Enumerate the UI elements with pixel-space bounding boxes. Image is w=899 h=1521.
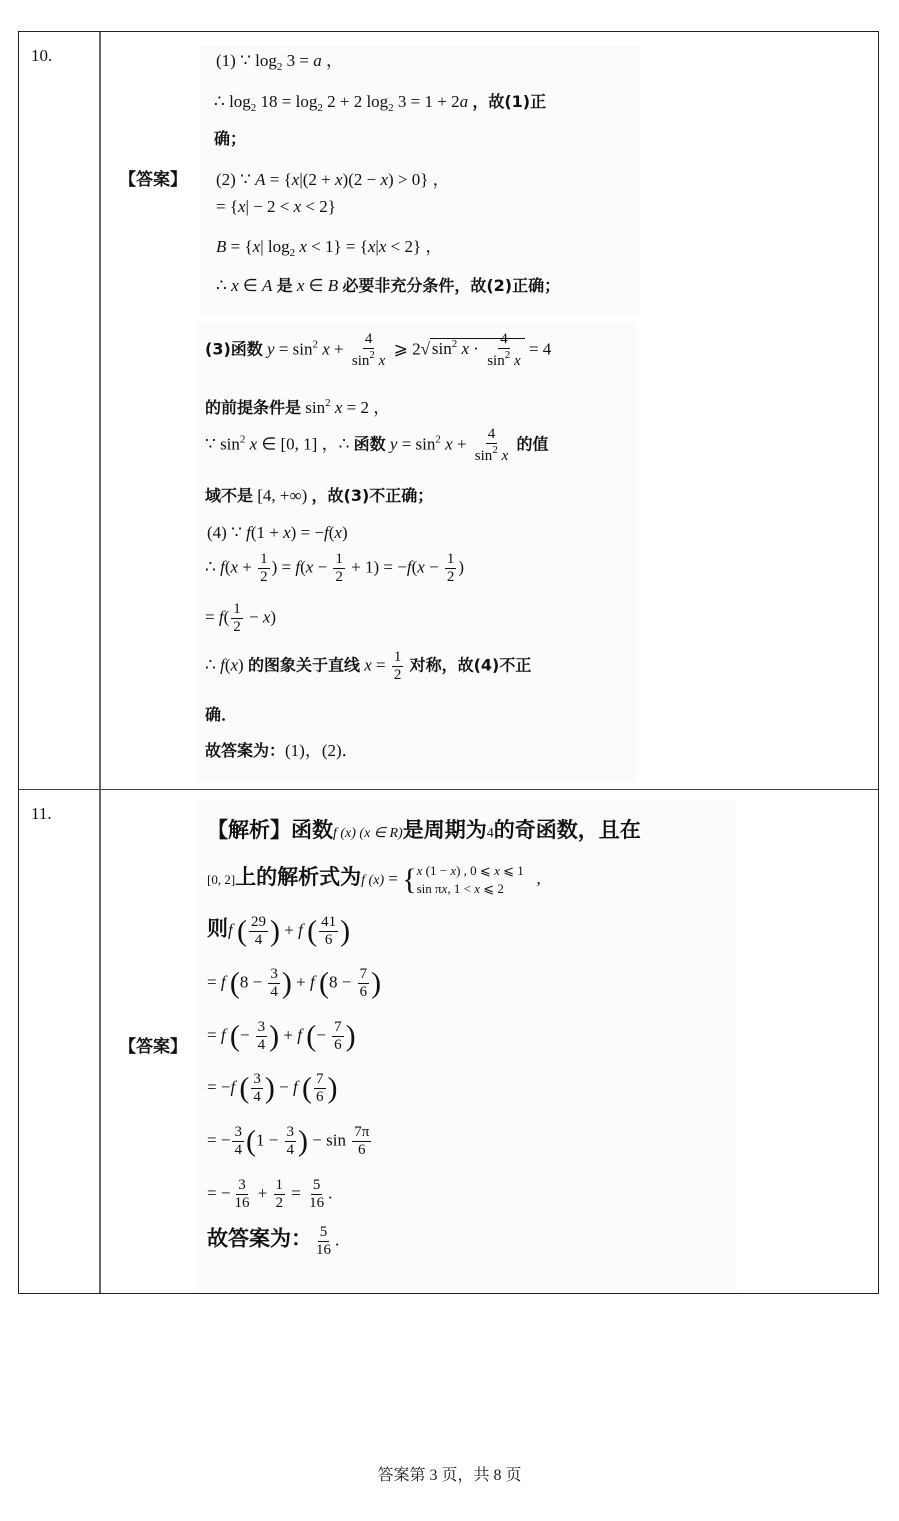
answer-table: 10. 【答案】 (1) ∵ log2 3 = a ， ∴ log2 18 = …	[18, 31, 879, 1294]
line-15: ∴ f(x) 的图象关于直线 x = 12 对称，故(4)不正	[205, 650, 531, 683]
line-9: 的前提条件是 sin2 x = 2 ，	[205, 398, 390, 416]
line-14: = f(12 − x)	[205, 602, 276, 635]
step-6: = −316 + 12 = 516.	[207, 1178, 332, 1211]
line-11: 域不是 [4, +∞) ，故(3)不正确；	[205, 487, 433, 504]
answer-content: 【答案】 (1) ∵ log2 3 = a ， ∴ log2 18 = log2…	[101, 32, 878, 789]
step-1: 则f (294) + f (416)	[207, 915, 350, 948]
answer-label: 【答案】	[119, 1032, 187, 1057]
step-4: = −f (34) − f (76)	[207, 1072, 338, 1105]
analysis-line-1: 【解析】函数f (x) (x ∈ R)是周期为4的奇函数，且在	[207, 820, 641, 841]
line-7: ∴ x ∈ A 是 x ∈ B 必要非充分条件，故(2)正确；	[216, 277, 560, 294]
line-5: = {x| − 2 < x < 2}	[216, 198, 336, 215]
step-5: = −34(1 − 34) − sin 7π6	[207, 1125, 373, 1158]
line-13: ∴ f(x + 12) = f(x − 12 + 1) = −f(x − 12)	[205, 552, 464, 585]
line-2: ∴ log2 18 = log2 2 + 2 log2 3 = 1 + 2a ，…	[214, 93, 546, 114]
answer-row-10: 10. 【答案】 (1) ∵ log2 3 = a ， ∴ log2 18 = …	[19, 32, 878, 789]
line-16: 确．	[205, 706, 237, 723]
line-10: ∵ sin2 x ∈ [0, 1] ，∴ 函数 y = sin2 x + 4si…	[205, 427, 549, 464]
answer-content: 【答案】 【解析】函数f (x) (x ∈ R)是周期为4的奇函数，且在 [0,…	[101, 790, 878, 1293]
final-answer-10: 故答案为：(1)，(2)．	[205, 742, 359, 759]
step-2: = f (8 − 34) + f (8 − 76)	[207, 967, 381, 1000]
line-1: (1) ∵ log2 3 = a ，	[216, 52, 343, 73]
analysis-line-2: [0, 2]上的解析式为f (x) = {x (1 − x) , 0 ⩽ x ⩽…	[207, 862, 541, 898]
answer-label: 【答案】	[119, 165, 187, 190]
line-4: (2) ∵ A = {x|(2 + x)(2 − x) > 0} ，	[216, 171, 450, 188]
line-12: (4) ∵ f(1 + x) = −f(x)	[207, 524, 348, 541]
line-8: (3)函数 y = sin2 x + 4sin2 x ⩾ 2√sin2 x · …	[205, 332, 551, 369]
question-number: 11.	[19, 790, 101, 1293]
line-6: B = {x| log2 x < 1} = {x|x < 2} ，	[216, 238, 442, 259]
step-3: = f (− 34) + f (− 76)	[207, 1020, 356, 1053]
answer-row-11: 11. 【答案】 【解析】函数f (x) (x ∈ R)是周期为4的奇函数，且在…	[19, 789, 878, 1293]
question-number: 10.	[19, 32, 101, 789]
final-answer-11: 故答案为：516.	[207, 1225, 339, 1258]
line-3: 确；	[214, 130, 246, 147]
page-footer: 答案第 3 页，共 8 页	[0, 1462, 899, 1485]
